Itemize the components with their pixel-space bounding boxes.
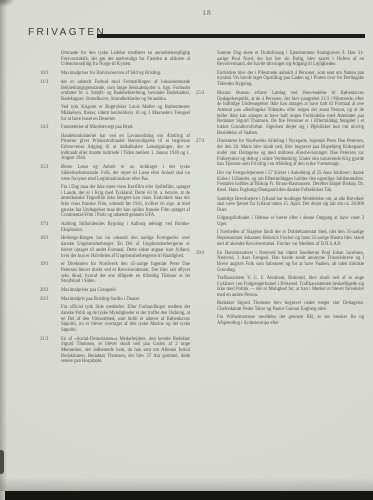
entry-date: 20/3 <box>40 297 61 334</box>
entry-date: 11/3 <box>40 80 61 123</box>
entry-paragraph: Samtlige Brevduejere i Jylland har modta… <box>217 197 364 214</box>
text-columns: Omraade for den tyske Ledelse medfører e… <box>40 51 364 368</box>
entry-date: 29/3 <box>196 251 217 327</box>
entry-paragraph: Samme Dag skete et Drabsforsøg i Ejendom… <box>217 51 364 68</box>
entry-date: 17/3 <box>40 222 61 233</box>
chronicle-entry: 19/3er Direktøren for Nordwerk den 45-aa… <box>40 262 190 285</box>
scan-left-edge-shadow <box>0 0 7 500</box>
entry-paragraph: Trafikassistent V. C. F. Abraham, Birker… <box>217 276 364 299</box>
chronicle-entry: 11/3der er udstedt Forbud mod Fremstilli… <box>40 80 190 123</box>
entry-body: Aalborg Stiftstidendes Bygning i Aalborg… <box>61 222 190 233</box>
chronicle-entry: 20/3Maximalpriser paa Granpæle. <box>40 288 190 294</box>
masthead-title: FRIVAGTEN <box>28 27 106 38</box>
entry-body: Samme Dag skete et Drabsforsøg i Ejendom… <box>217 51 364 88</box>
entry-body: En af »Social-Demokraten«s Medarbejdere,… <box>61 337 190 366</box>
entry-date <box>196 197 217 248</box>
entry-body: Omraade for den tyske Ledelse medfører e… <box>61 51 190 68</box>
chronicle-entry: 18/3Herbergs-Ringen har nu udsendt den a… <box>40 236 190 259</box>
entry-body: En Domsmandsret i Næstved har idømt Sned… <box>217 251 364 327</box>
entry-date: 20/3 <box>40 288 61 294</box>
chronicle-entry: 21/3En af »Social-Demokraten«s Medarbejd… <box>40 337 190 366</box>
entry-body: Der var Festgudstjeneste i 57 Kirker i A… <box>217 171 364 194</box>
entry-body: Maximalpriser paa Granpæle. <box>61 288 190 294</box>
page-number: 18 <box>202 8 212 17</box>
entry-paragraph: Fra i Dag maa der ikke mere vises Kortfi… <box>61 185 190 219</box>
entry-paragraph: Endvidere blev der i Pilestræde anholdt … <box>217 71 364 88</box>
chronicle-entry: 15/3Øerne Læsø og Anholt er nu inddraget… <box>40 165 190 219</box>
right-column: Samme Dag skete et Drabsforsøg i Ejendom… <box>196 51 364 368</box>
entry-paragraph: er Direktøren for Nordwerk den 45-aarige… <box>61 262 190 285</box>
entry-date <box>196 51 217 88</box>
entry-paragraph: Udgangsforbudet i Odense er hævet efter … <box>217 216 364 227</box>
entry-date: 19/3 <box>40 262 61 285</box>
entry-body: Maximalpriser for Halvkonserves af Sild … <box>61 71 190 77</box>
chronicle-entry: 17/3Aalborg Stiftstidendes Bygning i Aal… <box>40 222 190 233</box>
entry-paragraph: Direktøren for Nordwerks Afdeling i Nyre… <box>217 139 364 168</box>
entry-date <box>40 51 61 68</box>
entry-body: Herbergs-Ringen har nu udsendt den aarli… <box>61 236 190 259</box>
entry-body: Direktøren for Nordwerks Afdeling i Nyre… <box>217 139 364 168</box>
entry-paragraph: Omraade for den tyske Ledelse medfører e… <box>61 51 190 68</box>
entry-paragraph: Aalborg Stiftstidendes Bygning i Aalborg… <box>61 222 190 233</box>
chronicle-entry: 20/3Maximalpris paa Brisling-Sardin i Da… <box>40 297 190 334</box>
entry-date: 15/3 <box>40 165 61 219</box>
entry-paragraph: Ritzaus Bureau erfarer Lørdag ved Henven… <box>217 91 364 137</box>
entry-date <box>196 171 217 194</box>
entry-paragraph: I Nærheden af Slagelse fandt der et Dobb… <box>217 230 364 247</box>
entry-paragraph: Ved tysk Krigsret er Bogtrykker Louis Mø… <box>61 105 190 122</box>
masthead-rule <box>97 34 365 38</box>
entry-date: 25/3 <box>196 91 217 137</box>
entry-paragraph: Maximalpriser for Halvkonserves af Sild … <box>61 71 190 77</box>
entry-paragraph: Maximalpris paa Brisling-Sardin i Daaser… <box>61 297 190 303</box>
entry-paragraph: En af »Social-Demokraten«s Medarbejdere,… <box>61 337 190 366</box>
entry-body: Ritzaus Bureau erfarer Lørdag ved Henven… <box>217 91 364 137</box>
scan-bottom-band <box>5 491 373 500</box>
chronicle-entry: 14/3Fastsættelse af Mindstevægt paa Brød… <box>40 125 190 162</box>
chronicle-entry: 29/3En Domsmandsret i Næstved har idømt … <box>196 251 364 327</box>
entry-paragraph: Øerne Læsø og Anholt er nu inddraget i d… <box>61 165 190 182</box>
entry-paragraph: Fra officiel tysk Side meddeles: Efter F… <box>61 305 190 334</box>
entry-paragraph: Fastsættelse af Mindstevægt paa Brød. <box>61 125 190 131</box>
scan-bottom-shadow <box>0 478 373 491</box>
entry-paragraph: Redaktør Sigurd Thomsen blev begravet un… <box>217 301 364 312</box>
entry-paragraph: Fra Wilhelmstrasse meddeles det gennem R… <box>217 315 364 326</box>
entry-paragraph: Maximalpriser paa Granpæle. <box>61 288 190 294</box>
left-column: Omraade for den tyske Ledelse medfører e… <box>40 51 190 368</box>
entry-paragraph: Handelsministeriet har ved en Lovanordni… <box>61 134 190 163</box>
entry-paragraph: Der var Festgudstjeneste i 57 Kirker i A… <box>217 171 364 194</box>
entry-paragraph: En Domsmandsret i Næstved har idømt Sned… <box>217 251 364 274</box>
scan-left-notch <box>0 450 4 474</box>
entry-date: 10/3 <box>40 71 61 77</box>
entry-body: Øerne Læsø og Anholt er nu inddraget i d… <box>61 165 190 219</box>
entry-date: 27/3 <box>196 139 217 168</box>
chronicle-entry: 10/3Maximalpriser for Halvkonserves af S… <box>40 71 190 77</box>
entry-body: der er udstedt Forbud mod Fremstillingen… <box>61 80 190 123</box>
entry-body: er Direktøren for Nordwerk den 45-aarige… <box>61 262 190 285</box>
entry-body: Samtlige Brevduejere i Jylland har modta… <box>217 197 364 248</box>
entry-date: 21/3 <box>40 337 61 366</box>
chronicle-entry: 25/3Ritzaus Bureau erfarer Lørdag ved He… <box>196 91 364 137</box>
entry-date: 18/3 <box>40 236 61 259</box>
entry-paragraph: Herbergs-Ringen har nu udsendt den aarli… <box>61 236 190 259</box>
entry-date: 14/3 <box>40 125 61 162</box>
entry-paragraph: der er udstedt Forbud mod Fremstillingen… <box>61 80 190 103</box>
chronicle-entry: Omraade for den tyske Ledelse medfører e… <box>40 51 190 68</box>
chronicle-entry: Samtlige Brevduejere i Jylland har modta… <box>196 197 364 248</box>
entry-body: Maximalpris paa Brisling-Sardin i Daaser… <box>61 297 190 334</box>
chronicle-entry: Der var Festgudstjeneste i 57 Kirker i A… <box>196 171 364 194</box>
entry-body: Fastsættelse af Mindstevægt paa Brød.Han… <box>61 125 190 162</box>
chronicle-entry: Samme Dag skete et Drabsforsøg i Ejendom… <box>196 51 364 88</box>
chronicle-entry: 27/3Direktøren for Nordwerks Afdeling i … <box>196 139 364 168</box>
